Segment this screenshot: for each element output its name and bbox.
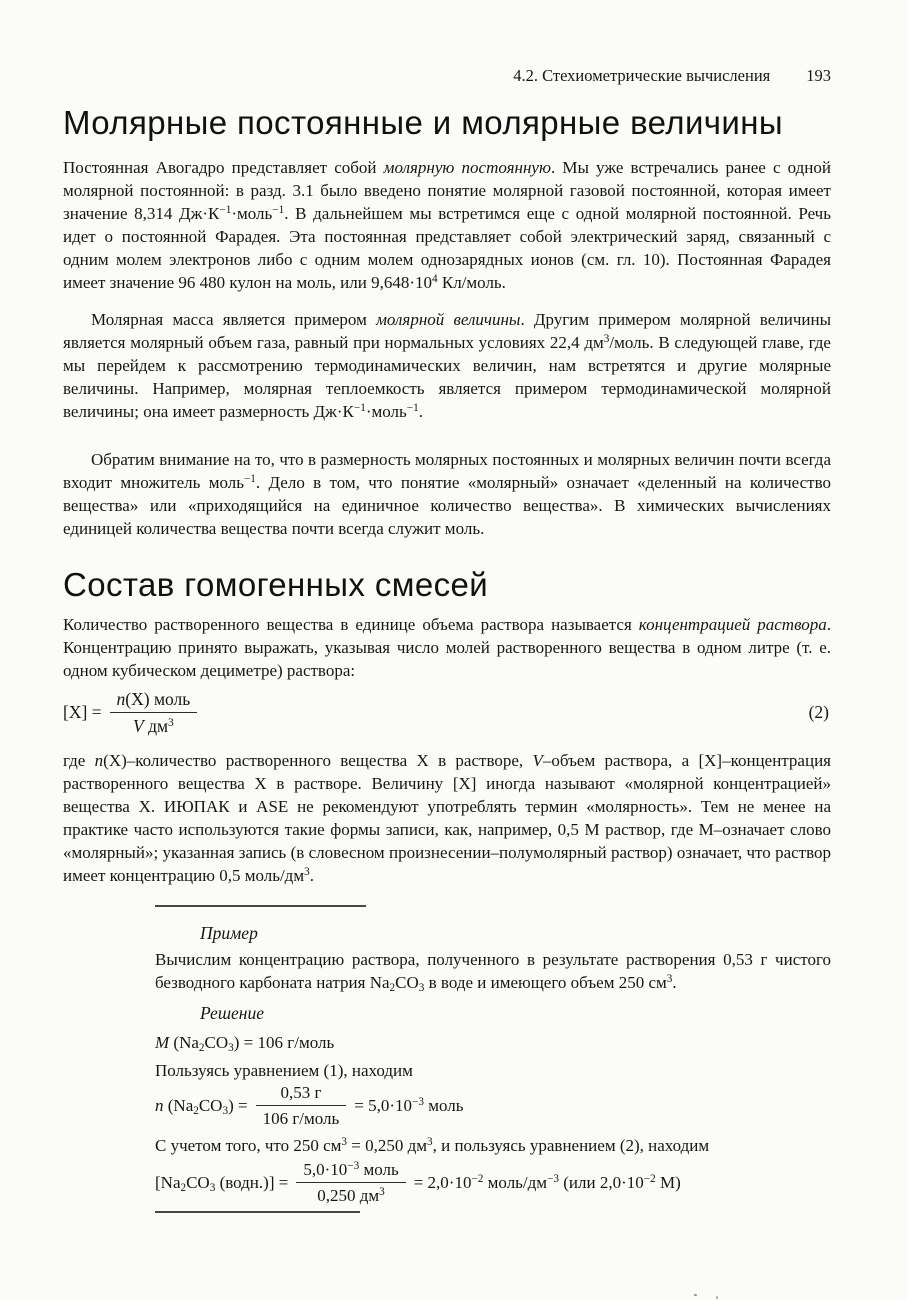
solution-title: Решение <box>200 1003 831 1024</box>
paragraph-mol-factor: Обратим внимание на то, что в размерност… <box>63 448 831 540</box>
fraction-numerator: 0,53 г <box>256 1082 347 1105</box>
paragraph-notation: где n(X)–количество растворенного вещест… <box>63 749 831 887</box>
book-page: 4.2. Стехиометрические вычисления 193 Мо… <box>0 0 907 1300</box>
equation-moles-lhs: n (Na2CO3) = <box>155 1096 248 1116</box>
fraction: 0,53 г 106 г/моль <box>256 1082 347 1129</box>
section-label: 4.2. Стехиометрические вычисления <box>513 66 770 86</box>
heading-homogeneous-mixtures: Состав гомогенных смесей <box>63 566 831 604</box>
equation-final-lhs: [Na2CO3 (водн.)] = <box>155 1173 288 1193</box>
equation-number: (2) <box>809 702 829 723</box>
paragraph-molar-mass: Молярная масса является примером молярно… <box>63 308 831 423</box>
fraction-numerator: 5,0·10−3 моль <box>296 1159 405 1182</box>
fraction: 5,0·10−3 моль 0,250 дм3 <box>296 1159 405 1206</box>
fraction-numerator: n(X) моль <box>110 688 198 712</box>
equation-moles-rhs: = 5,0·10−3 моль <box>354 1096 463 1116</box>
example-problem: Вычислим концентрацию раствора, полученн… <box>155 948 831 994</box>
paragraph-avogadro: Постоянная Авогадро представляет собой м… <box>63 156 831 294</box>
running-header: 4.2. Стехиометрические вычисления 193 <box>63 66 831 86</box>
equation-final-concentration: [Na2CO3 (водн.)] = 5,0·10−3 моль 0,250 д… <box>155 1159 831 1206</box>
page-number: 193 <box>806 66 831 86</box>
paragraph-concentration-def: Количество растворенного вещества в един… <box>63 613 831 682</box>
scan-speck <box>716 1296 718 1299</box>
heading-molar-constants: Молярные постоянные и молярные величины <box>63 104 831 142</box>
equation-concentration: [X] = n(X) моль V дм3 (2) <box>63 686 831 738</box>
fraction-denominator: V дм3 <box>110 712 198 737</box>
molar-mass-line: M (Na2CO3) = 106 г/моль <box>155 1032 831 1054</box>
using-equation-line: Пользуясь уравнением (1), находим <box>155 1060 831 1082</box>
fraction: n(X) моль V дм3 <box>110 688 198 737</box>
fraction-denominator: 106 г/моль <box>256 1105 347 1129</box>
equation-final-rhs: = 2,0·10−2 моль/дм−3 (или 2,0·10−2 М) <box>414 1173 681 1193</box>
example-rule-top <box>155 905 366 907</box>
volume-conversion-line: С учетом того, что 250 см3 = 0,250 дм3, … <box>155 1135 831 1157</box>
equation-lhs: [X] = <box>63 702 102 723</box>
example-block: Пример Вычислим концентрацию раствора, п… <box>155 905 831 1213</box>
example-rule-bottom <box>155 1211 360 1213</box>
example-title: Пример <box>200 923 831 944</box>
scan-speck <box>694 1294 697 1296</box>
equation-moles: n (Na2CO3) = 0,53 г 106 г/моль = 5,0·10−… <box>155 1082 831 1129</box>
fraction-denominator: 0,250 дм3 <box>296 1182 405 1206</box>
